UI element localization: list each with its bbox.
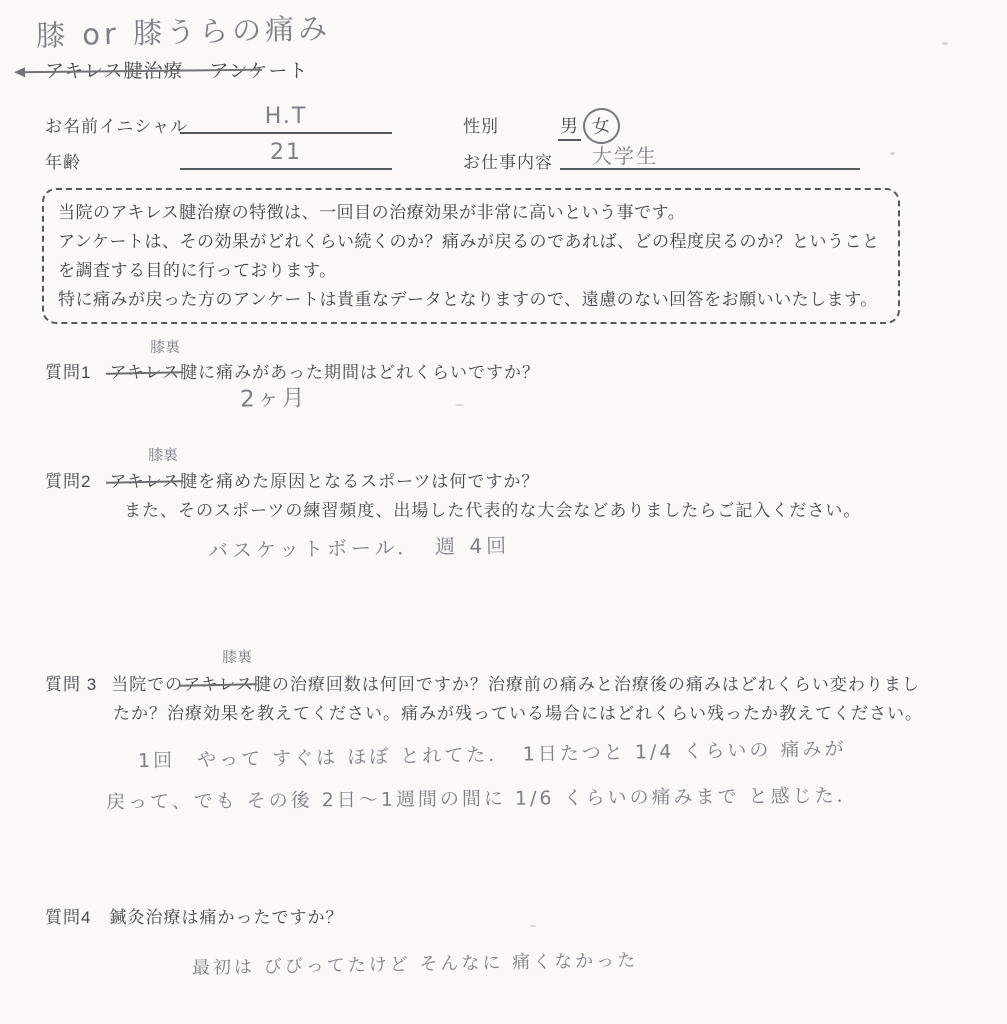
q1-text-after: 腱に痛みがあった期間はどれくらいですか？ — [180, 363, 540, 382]
q4-text-body: 鍼灸治療は痛かったですか？ — [109, 908, 343, 927]
q4-answer: 最初は びびってたけど そんなに 痛くなかった — [192, 946, 639, 980]
gender-options: 男女 — [558, 108, 620, 144]
q2-struck-word: アキレス — [109, 472, 180, 491]
gender-label: 性別 — [463, 112, 499, 137]
q2-label: 質問2 — [45, 467, 91, 492]
q1-handwritten-annotation: 膝裏 — [150, 336, 180, 358]
q2-text-line2: また、そのスポーツの練習頻度、出場した代表的な大会などありましたらご記入ください… — [124, 496, 861, 521]
gender-option-male: 男 — [558, 116, 581, 141]
q1-label: 質問1 — [45, 358, 91, 383]
handwritten-title: 膝 or 膝うらの痛み — [36, 6, 332, 55]
name-label: お名前イニシャル — [45, 112, 188, 137]
q3-text-line2: たか？治療効果を教えてください。痛みが残っている場合にはどれくらい残ったか教えて… — [113, 699, 923, 724]
q3-struck-word: アキレス — [183, 675, 254, 694]
q3-text: 質問 3当院でのアキレス腱の治療回数は何回ですか？治療前の痛みと治療後の痛みはど… — [45, 670, 920, 695]
age-label: 年齢 — [45, 148, 81, 173]
q3-answer-line1: 1回 やって すぐは ほぼ とれてた． 1日たつと 1/4 くらいの 痛みが — [138, 734, 847, 773]
job-value: 大学生 — [592, 144, 658, 168]
age-field: 21 — [180, 140, 392, 170]
intro-line-1: 当院のアキレス腱治療の特徴は、一回目の治療効果が非常に高いという事です。 — [58, 198, 884, 227]
intro-line-4: 特に痛みが戻った方のアンケートは貴重なデータとなりますので、遠慮のない回答をお願… — [58, 285, 884, 314]
q2-text: 質問2アキレス腱を痛めた原因となるスポーツは何ですか？ — [45, 467, 539, 492]
q2-answer: バスケットボール． 週 4回 — [208, 529, 511, 563]
q3-label: 質問 3 — [45, 670, 97, 695]
q2-text-after: 腱を痛めた原因となるスポーツは何ですか？ — [180, 472, 539, 491]
intro-line-2: アンケートは、その効果がどれくらい続くのか？痛みが戻るのであれば、どの程度戻るの… — [58, 227, 884, 256]
intro-line-3: を調査する目的に行っております。 — [58, 256, 884, 285]
intro-box: 当院のアキレス腱治療の特徴は、一回目の治療効果が非常に高いという事です。 アンケ… — [42, 188, 900, 324]
scan-speck — [455, 404, 464, 406]
scan-speck — [530, 925, 536, 927]
q1-struck-word: アキレス — [109, 363, 180, 382]
q4-label: 質問4 — [45, 903, 91, 928]
name-value: H.T — [265, 104, 308, 129]
job-field: 大学生 — [560, 140, 860, 170]
form-title-rest: アンケート — [209, 61, 308, 82]
job-label: お仕事内容 — [463, 148, 553, 173]
age-value: 21 — [270, 140, 302, 165]
q1-answer: 2ヶ月 — [240, 379, 307, 413]
q4-text: 質問4鍼灸治療は痛かったですか？ — [45, 903, 343, 928]
q3-text-before: 当院での — [111, 675, 183, 694]
scan-speck — [942, 42, 948, 45]
q3-text-after: 腱の治療回数は何回ですか？治療前の痛みと治療後の痛みはどれくらい変わりまし — [254, 675, 920, 694]
q3-handwritten-annotation: 膝裏 — [222, 646, 252, 668]
q3-answer-line2: 戻って、でも その後 2日〜1週間の間に 1/6 くらいの痛みまで と感じた． — [106, 781, 859, 815]
scan-speck — [890, 152, 895, 155]
scanned-questionnaire-page: 膝 or 膝うらの痛み アキレス腱治療アンケート お名前イニシャル H.T 性別… — [0, 0, 1007, 1024]
q2-handwritten-annotation: 膝裏 — [148, 444, 178, 466]
name-field: H.T — [180, 104, 392, 134]
